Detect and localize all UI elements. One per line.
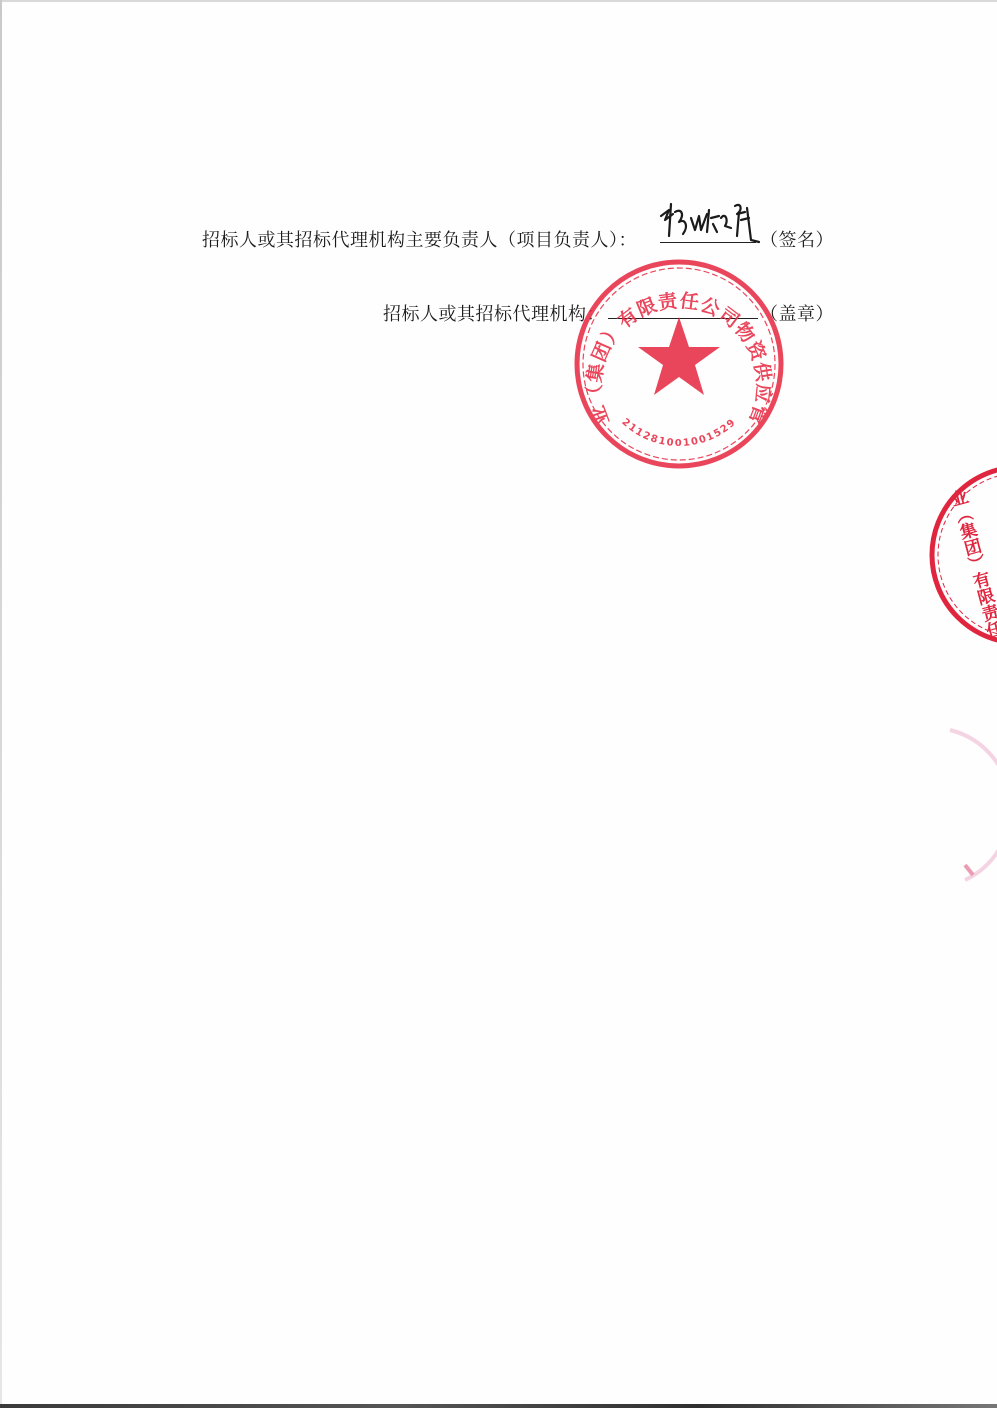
document-page: 招标人或其招标代理机构主要负责人（项目负责人）： 张林利 （签名） 招标人或其招…	[0, 0, 997, 1408]
official-seal-stamp: 铁法煤业（集团）有限责任公司物资供应管理中心 211281001001529	[570, 255, 788, 473]
scan-edge-bottom	[0, 1404, 997, 1408]
seal-star-icon	[638, 317, 720, 395]
scan-edge-top	[0, 0, 997, 2]
partial-seal-text: 业（集团）有限责任	[945, 487, 997, 641]
signature-line-label: 招标人或其招标代理机构主要负责人（项目负责人）：	[202, 226, 637, 252]
svg-text:211281001001529: 211281001001529	[619, 417, 738, 449]
signature-suffix: （签名）	[760, 226, 834, 252]
seal-number-text: 211281001001529	[619, 417, 738, 449]
scan-edge-left	[0, 0, 2, 1408]
handwritten-signature: 张林利	[655, 196, 765, 248]
faded-seal-stamp	[945, 725, 997, 885]
partial-seal-stamp: 业（集团）有限责任	[925, 460, 997, 650]
